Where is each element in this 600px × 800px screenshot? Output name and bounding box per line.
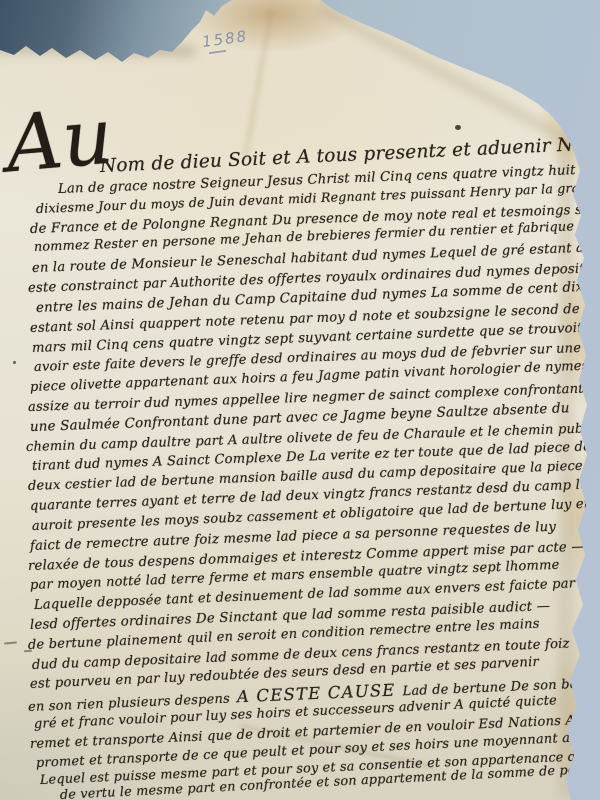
ink-speck-dash [4, 641, 17, 644]
drop-cap-initial: Au [3, 105, 115, 176]
pencil-archive-date: 1588 [201, 27, 249, 51]
ink-speck-dot [13, 361, 16, 364]
crease-from-peak [244, 9, 273, 157]
ink-blot [455, 125, 461, 130]
parchment-document: 1588 Au Nom de dieu Soit et A tous prese… [0, 0, 600, 800]
pencil-underline [209, 50, 226, 54]
